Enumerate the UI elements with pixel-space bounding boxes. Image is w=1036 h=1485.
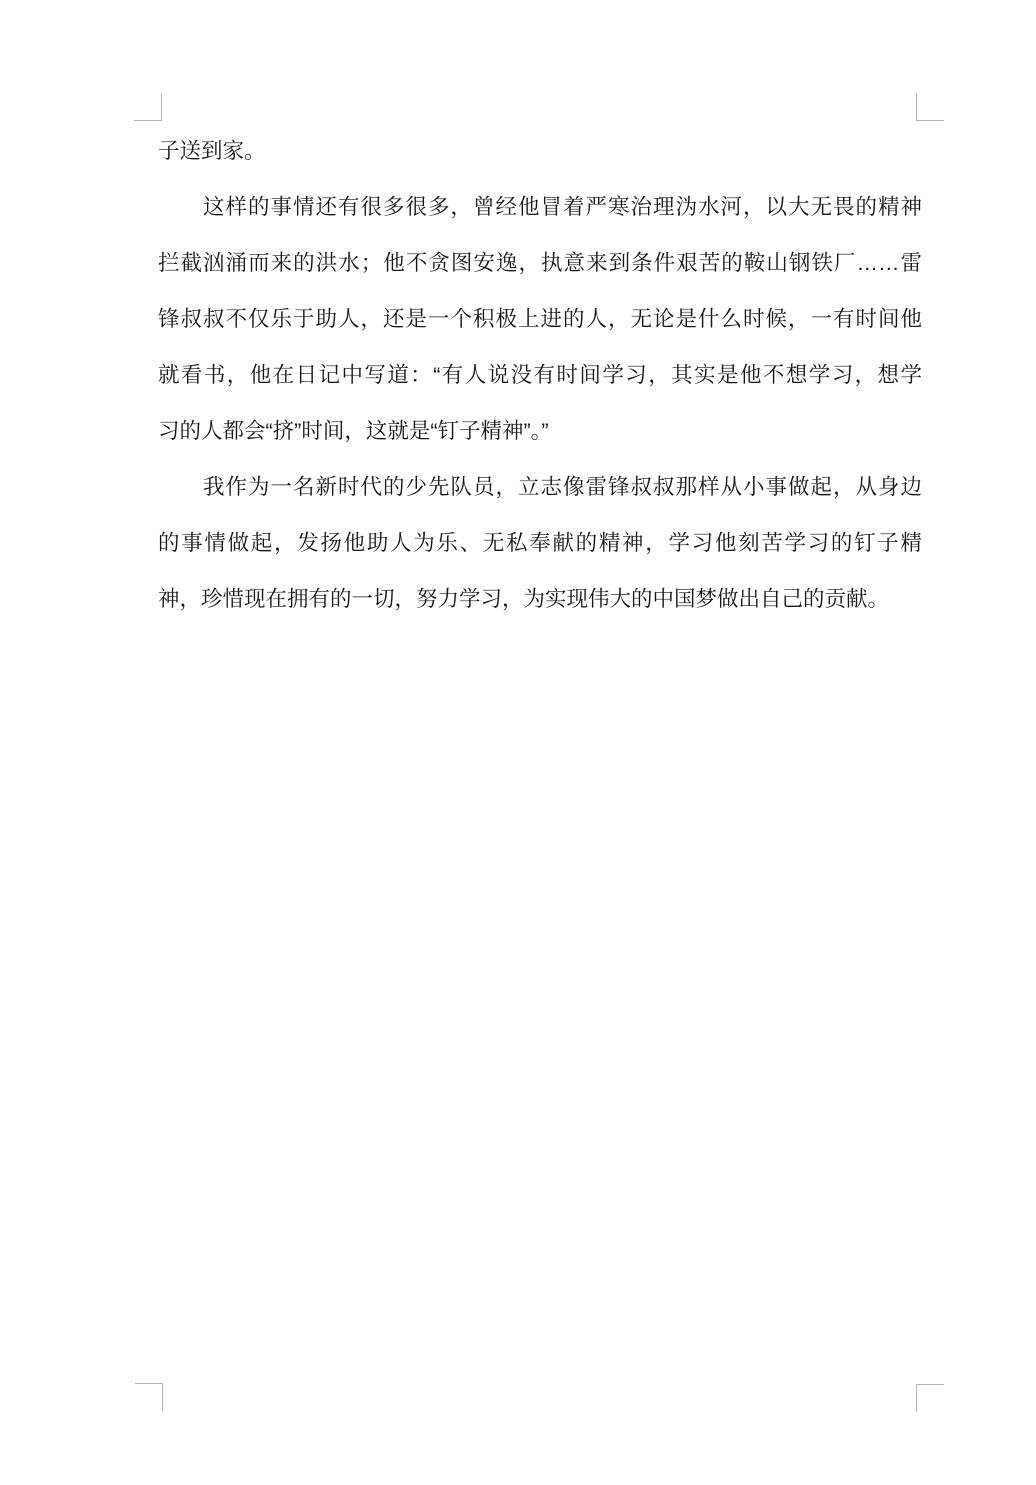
text-line: 的事情做起，发扬他助人为乐、无私奉献的精神，学习他刻苦学习的钉子精	[158, 515, 922, 571]
document-page: 子送到家。 这样的事情还有很多很多，曾经他冒着严寒治理沩水河，以大无畏的精神 拦…	[0, 0, 1036, 1485]
text-line: 拦截汹涌而来的洪水；他不贪图安逸，执意来到条件艰苦的鞍山钢铁厂……雷	[158, 235, 922, 291]
paragraph-1: 子送到家。	[158, 123, 922, 179]
crop-mark-top-right-icon	[916, 93, 944, 121]
document-body[interactable]: 子送到家。 这样的事情还有很多很多，曾经他冒着严寒治理沩水河，以大无畏的精神 拦…	[158, 123, 922, 627]
text-line: 锋叔叔不仅乐于助人，还是一个积极上进的人，无论是什么时候，一有时间他	[158, 291, 922, 347]
text-line: 这样的事情还有很多很多，曾经他冒着严寒治理沩水河，以大无畏的精神	[158, 179, 922, 235]
text-line: 我作为一名新时代的少先队员，立志像雷锋叔叔那样从小事做起，从身边	[158, 459, 922, 515]
text-line: 就看书，他在日记中写道：“有人说没有时间学习，其实是他不想学习，想学	[158, 347, 922, 403]
text-line: 子送到家。	[158, 123, 922, 179]
text-line: 神，珍惜现在拥有的一切，努力学习，为实现伟大的中国梦做出自己的贡献。	[158, 571, 922, 627]
paragraph-3: 我作为一名新时代的少先队员，立志像雷锋叔叔那样从小事做起，从身边 的事情做起，发…	[158, 459, 922, 627]
paragraph-2: 这样的事情还有很多很多，曾经他冒着严寒治理沩水河，以大无畏的精神 拦截汹涌而来的…	[158, 179, 922, 459]
crop-mark-top-left-icon	[134, 93, 162, 121]
crop-mark-bottom-left-icon	[135, 1383, 163, 1411]
text-line: 习的人都会“挤”时间，这就是“钉子精神”。”	[158, 403, 922, 459]
crop-mark-bottom-right-icon	[916, 1384, 944, 1412]
